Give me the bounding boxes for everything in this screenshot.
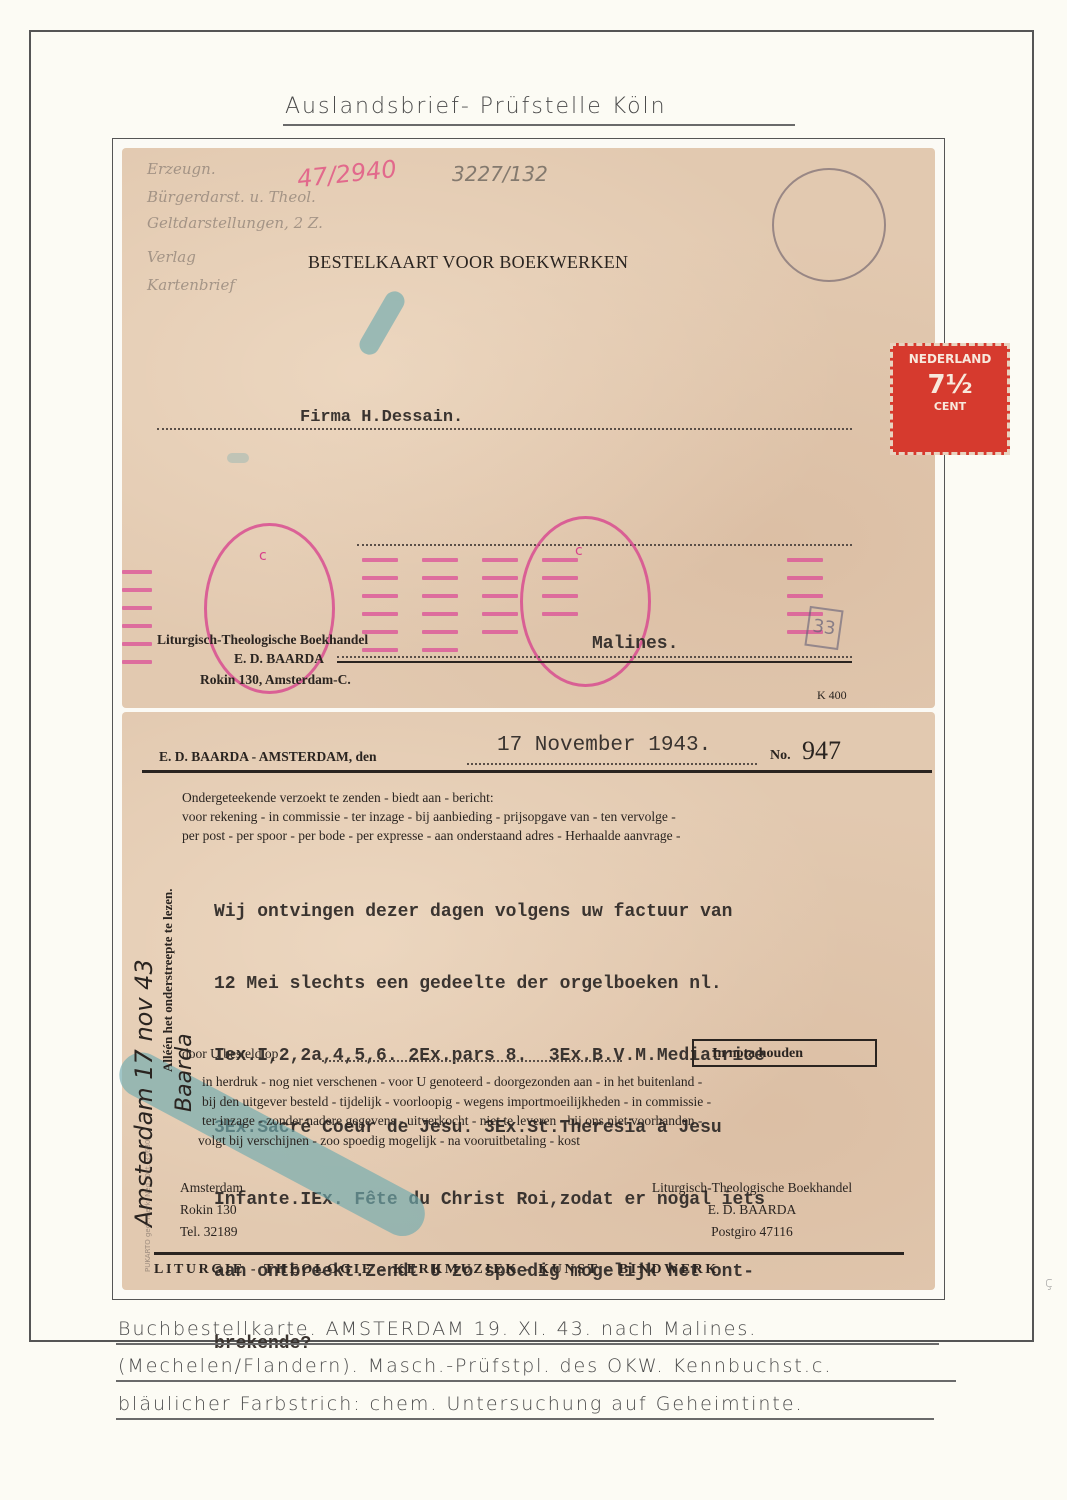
title-underline	[283, 124, 795, 126]
red-censor-number: 47/2940	[296, 155, 398, 193]
date-line	[467, 763, 757, 765]
header-prefix: E. D. BAARDA - AMSTERDAM, den	[159, 749, 377, 765]
rule	[154, 1252, 904, 1255]
message-line: Iex.I,2,2a,4,5,6. 2Ex.pars 8. 3Ex.B.V.M.…	[214, 1044, 765, 1068]
rule	[142, 770, 932, 773]
address-line	[157, 428, 852, 430]
pencil-note: Erzeugn.	[147, 160, 216, 178]
order-date: 17 November 1943.	[497, 734, 711, 757]
postcard-front: Erzeugn. Bürgerdarst. u. Theol. Geltdars…	[122, 148, 935, 708]
sender-name: Liturgisch-Theologische Boekhandel	[157, 632, 368, 648]
address-right: Liturgisch-Theologische Boekhandel E. D.…	[602, 1177, 902, 1243]
blue-chemical-stroke	[356, 288, 408, 359]
pencil-note: Bürgerdarst. u. Theol.	[147, 188, 316, 206]
addressee: Firma H.Dessain.	[300, 408, 463, 427]
in-nota-box: In nota houden	[692, 1039, 877, 1067]
blue-chemical-spot	[227, 453, 249, 463]
censor-letter: c	[259, 548, 267, 564]
caption-line: bläulicher Farbstrich: chem. Untersuchun…	[118, 1393, 804, 1415]
intro-text: Ondergeteekende verzoekt te zenden - bie…	[182, 788, 681, 845]
form-code: K 400	[817, 688, 847, 703]
status-line: ter inzage - zonder nadere gegevens - ui…	[202, 1111, 711, 1131]
censor-letter: c	[575, 543, 583, 559]
stamp-unit: CENT	[893, 400, 1007, 413]
address-line: Tel. 32189	[180, 1221, 243, 1243]
pencil-number: 3227/132	[452, 162, 548, 186]
censor-stamp-icon	[204, 523, 335, 694]
corner-mark: ç	[1045, 1275, 1055, 1291]
caption-line: (Mechelen/Flandern). Masch.-Prüfstpl. de…	[118, 1355, 832, 1377]
address-line: E. D. BAARDA	[602, 1199, 902, 1221]
sender-owner: E. D. BAARDA	[234, 651, 324, 667]
postmark-icon	[772, 168, 886, 282]
status-options: in herdruk - nog niet verschenen - voor …	[202, 1072, 711, 1150]
status-line: volgt bij verschijnen - zoo spoedig moge…	[198, 1131, 711, 1151]
caption-underline	[116, 1343, 939, 1345]
censor-box-number: 33	[804, 606, 843, 650]
album-title: Auslandsbrief- Prüfstelle Köln	[285, 94, 667, 119]
caption-line: Buchbestellkarte. AMSTERDAM 19. XI. 43. …	[118, 1318, 757, 1340]
intro-line: per post - per spoor - per bode - per ex…	[182, 826, 681, 845]
caption-underline	[116, 1418, 934, 1420]
address-left: Amsterdam Rokin 130 Tel. 32189	[180, 1177, 243, 1243]
sender-address: Rokin 130, Amsterdam-C.	[200, 672, 351, 688]
printer-mark: PUKARTO ged. merk. Ned. Oct. 33680	[144, 1140, 152, 1272]
number-label: No.	[770, 748, 791, 764]
footer-categories: LITURGIE - THEOLOGIE - KERKMUZIEK - KUNS…	[154, 1262, 719, 1278]
pencil-note: Verlag	[147, 248, 196, 266]
caption-underline	[116, 1380, 956, 1382]
stamp-value: 7½	[893, 370, 1007, 400]
postage-stamp: NEDERLAND 7½ CENT	[890, 343, 1010, 455]
address-line: Amsterdam	[180, 1177, 243, 1199]
ordered-line	[322, 1060, 622, 1062]
message-line: Wij ontvingen dezer dagen volgens uw fac…	[214, 900, 765, 924]
address-line: Liturgisch-Theologische Boekhandel	[602, 1177, 902, 1199]
pencil-note: Kartenbrief	[147, 276, 235, 294]
message-line: 12 Mei slechts een gedeelte der orgelboe…	[214, 972, 765, 996]
address-line: Rokin 130	[180, 1199, 243, 1221]
pencil-note: Geltdarstellungen, 2 Z.	[147, 214, 323, 232]
status-line: bij den uitgever besteld - tijdelijk - v…	[202, 1092, 711, 1112]
intro-line: voor rekening - in commissie - ter inzag…	[182, 807, 681, 826]
address-line	[337, 656, 852, 658]
destination: Malines.	[592, 634, 678, 654]
order-number: 947	[802, 736, 841, 766]
stamp-country: NEDERLAND	[893, 352, 1007, 366]
handwritten-signature: Baarda	[172, 1033, 197, 1112]
status-line: in herdruk - nog niet verschenen - voor …	[202, 1072, 711, 1092]
address-line: Postgiro 47116	[602, 1221, 902, 1243]
card-heading: BESTELKAART VOOR BOEKWERKEN	[308, 252, 628, 273]
postcard-back: E. D. BAARDA - AMSTERDAM, den 17 Novembe…	[122, 712, 935, 1290]
intro-line: Ondergeteekende verzoekt te zenden - bie…	[182, 788, 681, 807]
rule	[337, 661, 852, 663]
